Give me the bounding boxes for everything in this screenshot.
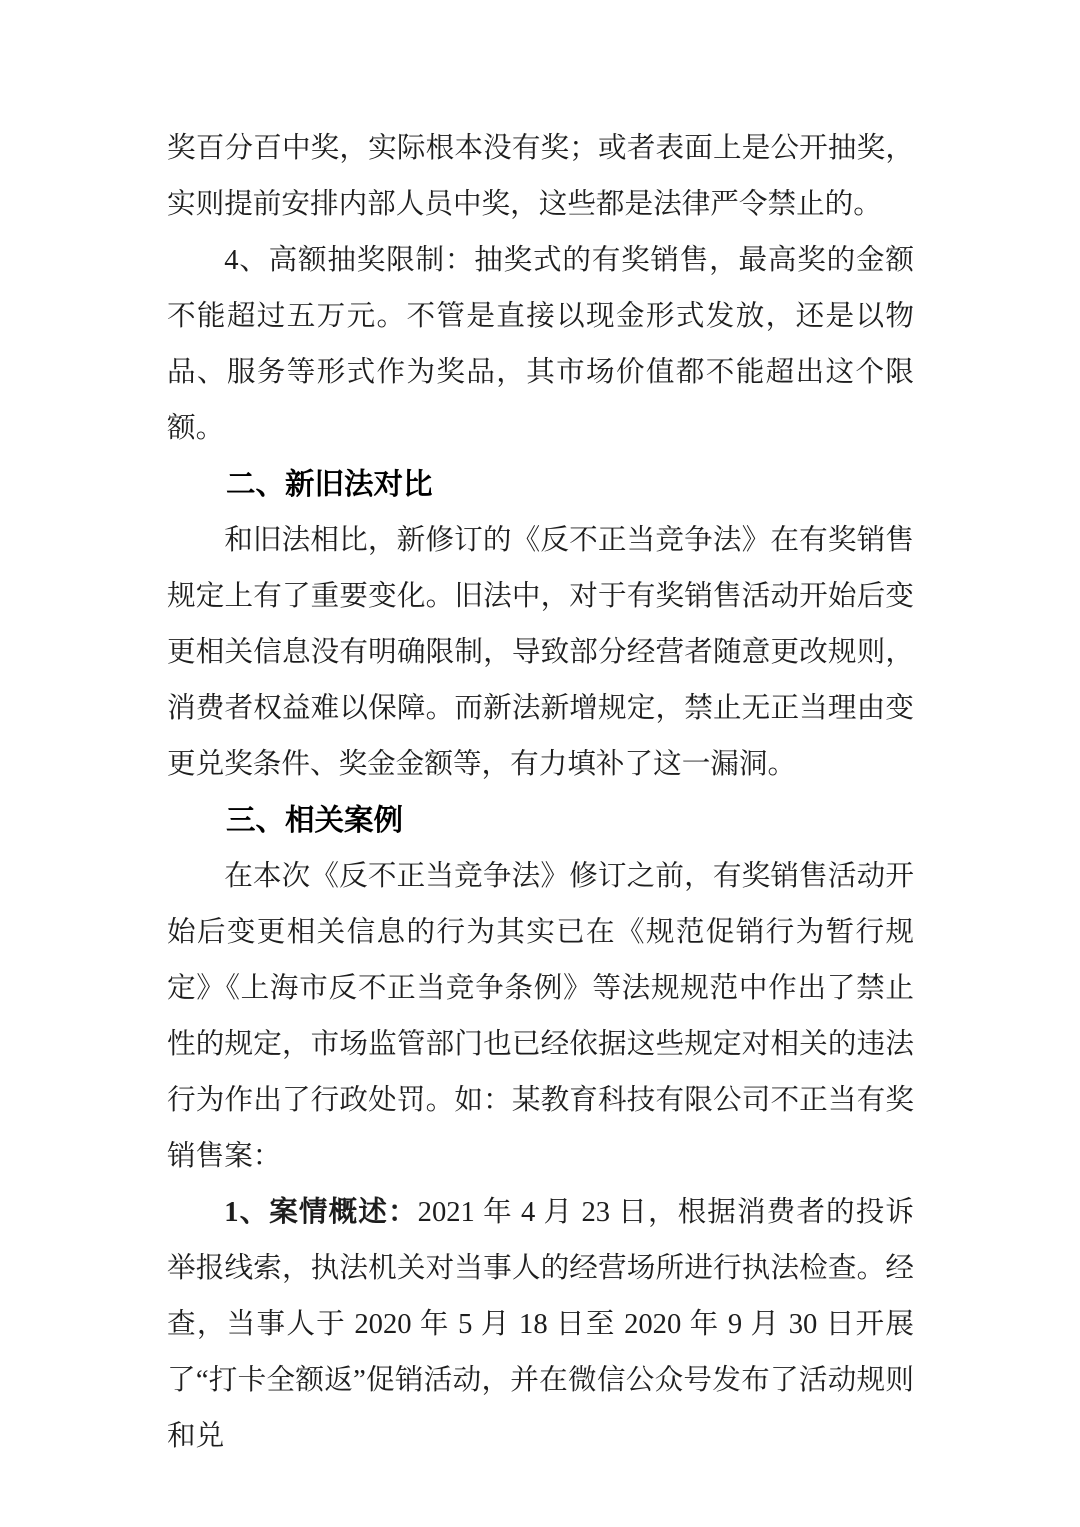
- section-heading: 三、相关案例: [167, 793, 914, 849]
- text-run: 和旧法相比，新修订的《反不正当竞争法》在有奖销售规定上有了重要变化。旧法中，对于…: [167, 525, 914, 780]
- paragraph: 1、案情概述：2021 年 4 月 23 日，根据消费者的投诉举报线索，执法机关…: [167, 1185, 914, 1465]
- text-run: 在本次《反不正当竞争法》修订之前，有奖销售活动开始后变更相关信息的行为其实已在《…: [167, 861, 914, 1172]
- text-run: 2021 年 4 月 23 日，根据消费者的投诉举报线索，执法机关对当事人的经营…: [167, 1197, 914, 1452]
- section-heading: 二、新旧法对比: [167, 457, 914, 513]
- document-page: 奖百分百中奖，实际根本没有奖；或者表面上是公开抽奖，实则提前安排内部人员中奖，这…: [0, 0, 1080, 1527]
- paragraph: 和旧法相比，新修订的《反不正当竞争法》在有奖销售规定上有了重要变化。旧法中，对于…: [167, 513, 914, 793]
- paragraph: 4、高额抽奖限制：抽奖式的有奖销售，最高奖的金额不能超过五万元。不管是直接以现金…: [167, 233, 914, 457]
- document-body: 奖百分百中奖，实际根本没有奖；或者表面上是公开抽奖，实则提前安排内部人员中奖，这…: [167, 121, 914, 1465]
- bold-text-run: 二、新旧法对比: [226, 468, 433, 501]
- bold-text-run: 三、相关案例: [226, 804, 403, 837]
- paragraph: 奖百分百中奖，实际根本没有奖；或者表面上是公开抽奖，实则提前安排内部人员中奖，这…: [167, 121, 914, 233]
- text-run: 奖百分百中奖，实际根本没有奖；或者表面上是公开抽奖，实则提前安排内部人员中奖，这…: [167, 133, 914, 220]
- paragraph: 在本次《反不正当竞争法》修订之前，有奖销售活动开始后变更相关信息的行为其实已在《…: [167, 849, 914, 1185]
- bold-text-run: 1、案情概述：: [224, 1197, 417, 1228]
- text-run: 4、高额抽奖限制：抽奖式的有奖销售，最高奖的金额不能超过五万元。不管是直接以现金…: [167, 245, 914, 444]
